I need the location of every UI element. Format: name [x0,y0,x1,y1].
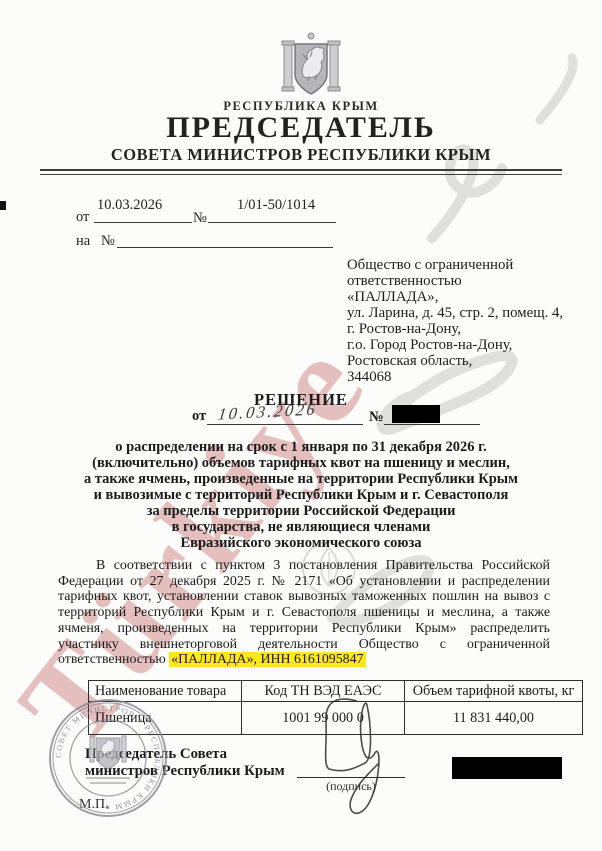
decision-number-underline [384,423,480,425]
subject-line: Евразийского экономического союза [0,535,602,551]
page-subtitle: СОВЕТА МИНИСТРОВ РЕСПУБЛИКИ КРЫМ [0,145,602,165]
addressee-line: Ростовская область, [347,353,563,369]
decision-from-label: от [192,408,206,425]
addressee-line: г.о. Город Ростов-на-Дону, [347,337,563,353]
from-label: от [76,209,89,226]
reply-label: на [76,233,90,250]
decision-number-label: № [369,409,384,426]
reply-number-label: № [101,233,115,250]
subject-line: в государства, не являющиеся членами [0,519,602,535]
addressee-line: ул. Ларина, д. 45, стр. 2, помещ. 4, [347,305,563,321]
redaction-box-number [392,405,440,423]
body-text: В соответствии с пунктом 3 постановления… [58,558,550,667]
addressee-line: ответственностью [347,273,563,289]
subject-line: о распределении на срок с 1 января по 31… [0,439,602,455]
addressee-line: «ПАЛЛАДА», [347,289,563,305]
header-divider [40,169,562,175]
outgoing-number: 1/01-50/1014 [237,197,315,214]
crimea-coat-of-arms-icon [277,30,345,98]
subject-block: о распределении на срок с 1 января по 31… [0,439,602,551]
addressee-block: Общество с ограниченной ответственностью… [347,257,563,385]
decision-date-underline [207,423,363,425]
addressee-line: 344068 [347,369,563,385]
subject-line: (включительно) объемов тарифных квот на … [0,455,602,471]
reply-underline [117,246,333,248]
col-header-volume: Объем тарифной квоты, кг [405,681,583,702]
scan-edge-artifact [0,201,6,210]
official-seal-stamp: СОВЕТ МИНИСТРОВ ● РЕСПУБЛИКИ КРЫМ ● [38,688,178,828]
subject-line: а также ячмень, произведенные на террито… [0,471,602,487]
from-underline [94,221,192,223]
page-title: ПРЕДСЕДАТЕЛЬ [0,111,602,145]
document-page: Türkiye РЕСПУБЛИКА КРЫМ ПРЕДСЕДА [0,0,602,851]
number-underline [208,221,336,223]
body-paragraph: В соответствии с пунктом 3 постановления… [58,558,550,668]
addressee-line: Общество с ограниченной [347,257,563,273]
cell-volume: 11 831 440,00 [405,702,583,735]
subject-line: и вывозимые с территорий Республики Крым… [0,487,602,503]
outgoing-date: 10.03.2026 [97,197,162,214]
number-label: № [193,210,207,227]
addressee-line: г. Ростов-на-Дону, [347,321,563,337]
highlighted-company-inn: «ПАЛЛАДА», ИНН 6161095847 [169,652,365,667]
redaction-box-name [452,757,562,779]
signature-scribble [295,693,415,818]
subject-line: за пределы территории Российской Федерац… [0,503,602,519]
